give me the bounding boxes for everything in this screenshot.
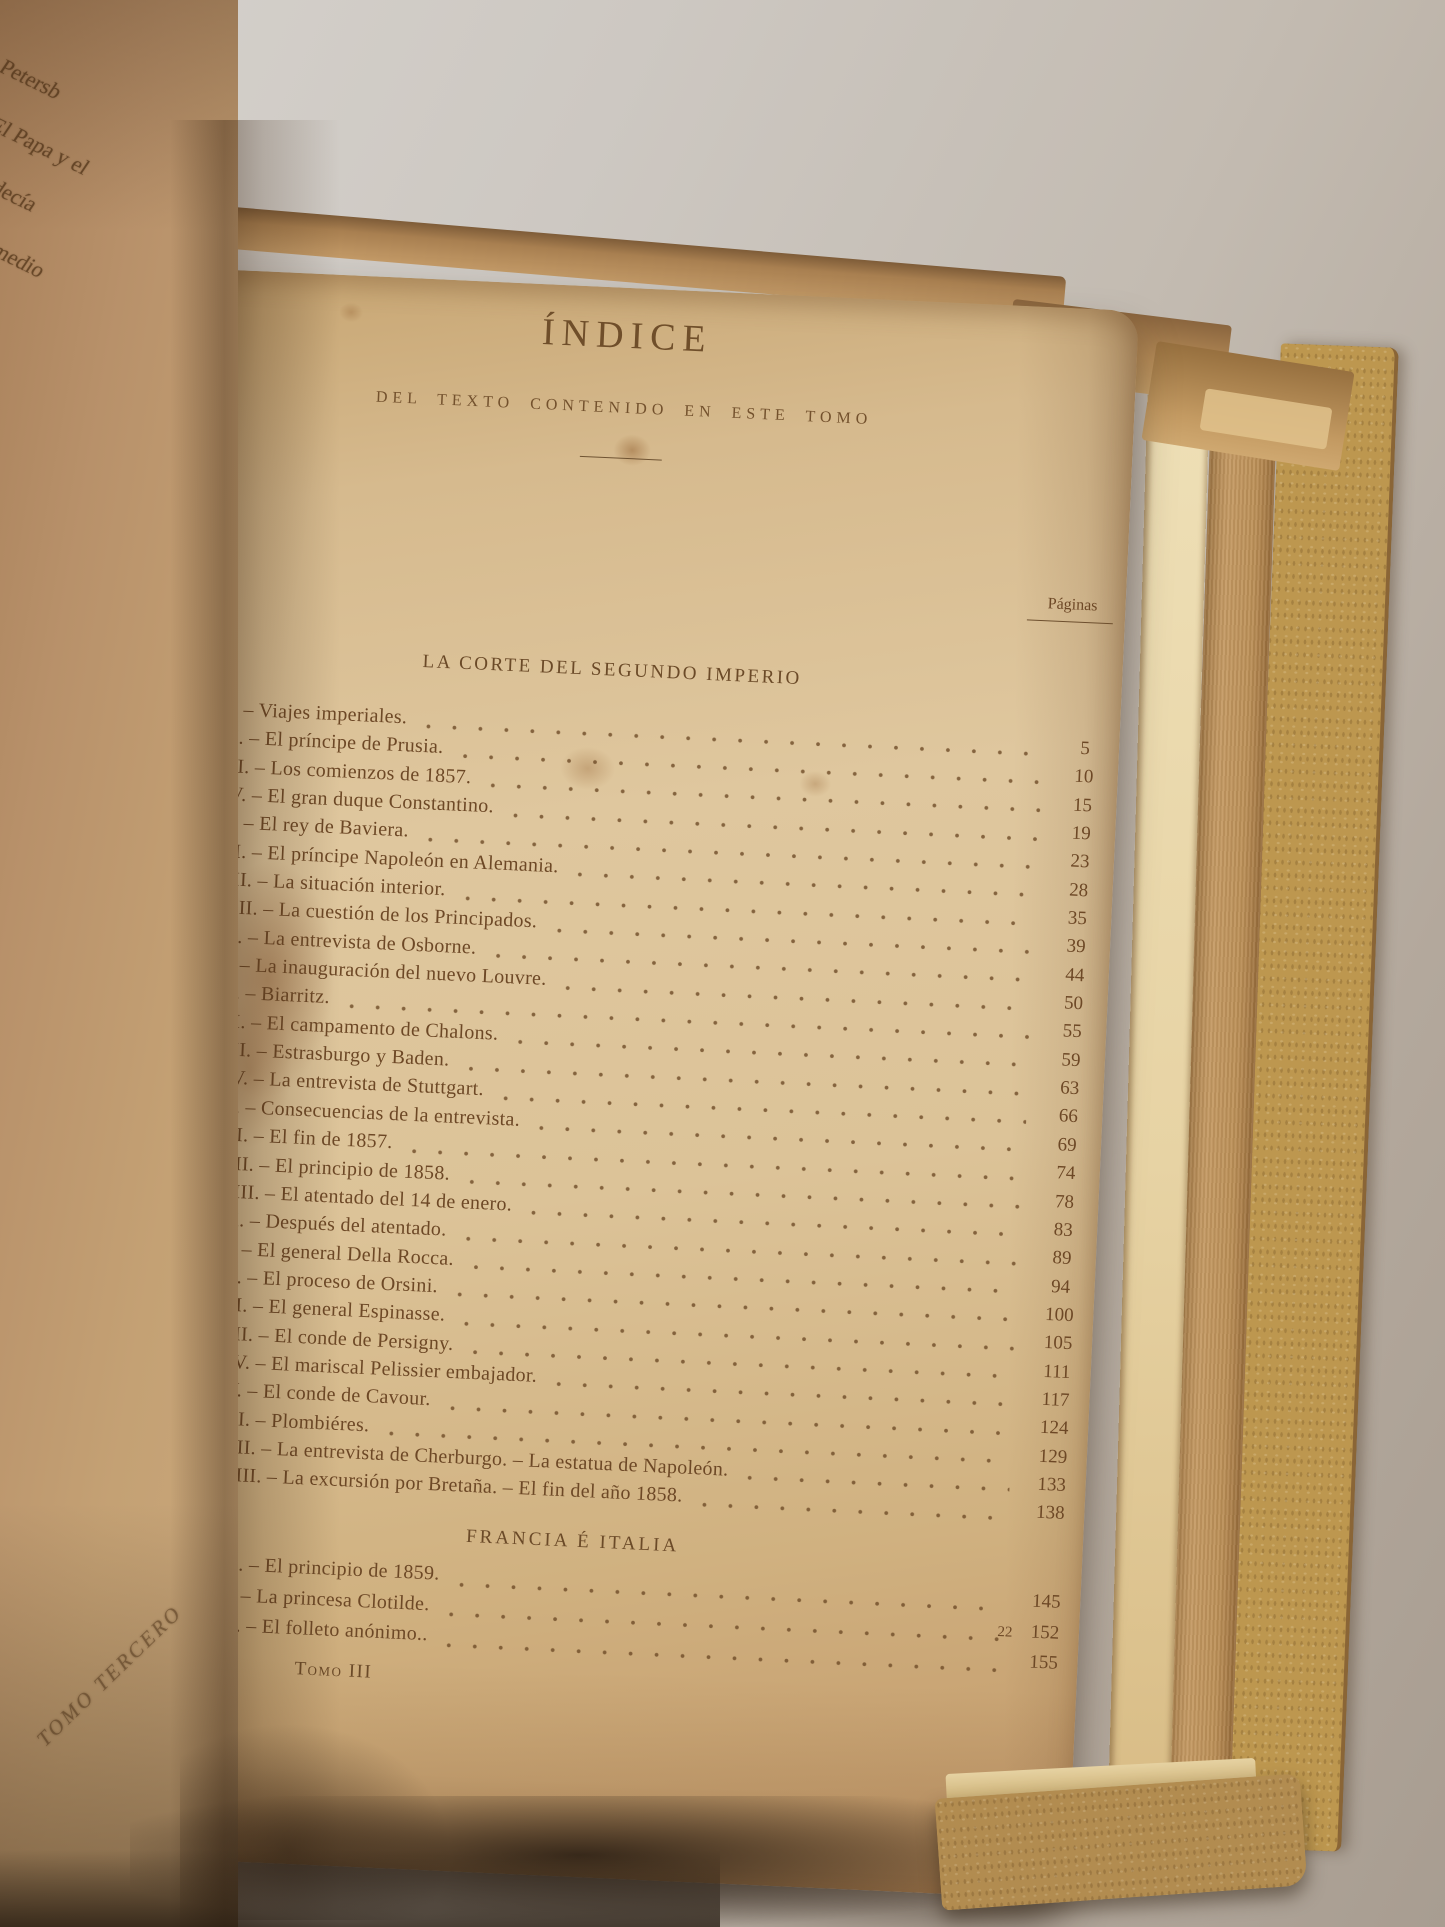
- left-page-text-line: do sin que lo supiera el conde Walew: [0, 288, 222, 624]
- dotted-leader: [696, 1496, 1009, 1524]
- left-page-text-line: posición. El emperador gobernaba co: [0, 335, 190, 671]
- toc-entry-page: 133: [1019, 1473, 1084, 1498]
- toc-entry-label: I. – Viajes imperiales.: [225, 698, 407, 729]
- toc-entry-page: 69: [1035, 1133, 1100, 1158]
- left-page-text-line: ento de una política censurada por él: [0, 429, 127, 765]
- toc-entry-page: 15: [1050, 793, 1115, 818]
- toc-entry-page: 94: [1028, 1275, 1093, 1300]
- page-title: ÍNDICE: [187, 294, 1068, 378]
- left-page-text-line: te, inspiraréis recelos á todo el mundo: [0, 194, 238, 530]
- bottom-cover-corner: [935, 1773, 1308, 1910]
- left-page-text: dor de Prusia en San Petersb e Walewski.…: [0, 0, 238, 1796]
- left-page-text-line: mejores amigos.»: [0, 241, 238, 577]
- toc-entry-page: 145: [1014, 1590, 1079, 1615]
- toc-entry-page: 5: [1053, 737, 1118, 762]
- toc-entry-page: 129: [1020, 1445, 1085, 1470]
- toc-entry-page: 44: [1042, 963, 1107, 988]
- toc-entry-page: 59: [1038, 1048, 1103, 1073]
- toc-entry-page: 39: [1044, 935, 1109, 960]
- toc-entry-page: 35: [1045, 907, 1110, 932]
- section-heading: LA CORTE DEL SEGUNDO IMPERIO: [172, 640, 1052, 702]
- toc-entry-page: 111: [1024, 1360, 1089, 1385]
- toc-entry-page: 23: [1047, 850, 1112, 875]
- toc-entry-page: 63: [1037, 1076, 1102, 1101]
- toc-entry-page: 117: [1023, 1388, 1088, 1413]
- left-page-text-line: Os digo esto como amigo. Europa re: [0, 148, 238, 484]
- left-page-text-line: entar su dimisión.: [0, 476, 95, 812]
- toc-entry-page: 100: [1027, 1303, 1092, 1328]
- toc-entry-page: 74: [1033, 1161, 1098, 1186]
- left-page: dor de Prusia en San Petersb e Walewski.…: [0, 0, 238, 1927]
- toc-entry-page: 83: [1031, 1218, 1096, 1243]
- toc-entry-page: 19: [1049, 822, 1114, 847]
- printer-signature-mark: 22: [975, 1623, 1036, 1643]
- toc-entry-page: 28: [1046, 878, 1111, 903]
- toc-entry-page: 105: [1026, 1331, 1091, 1356]
- toc-entry-page: 138: [1018, 1501, 1083, 1526]
- left-page-text-line: desautorizarlo formalmente por medio: [0, 101, 238, 437]
- pages-column-header: Páginas: [995, 593, 1146, 626]
- left-page-text-line: e Negocios extranjeros no era más que: [0, 382, 159, 718]
- left-page-tome-footer: TOMO TERCERO: [32, 1553, 236, 1752]
- toc-entry-page: 10: [1051, 765, 1116, 790]
- toc-entry-page: 66: [1036, 1105, 1101, 1130]
- toc-entry-page: 50: [1041, 991, 1106, 1016]
- left-page-text-line: taliana que nadie quería, y desesperada: [0, 569, 32, 905]
- left-page-text-line: e Walewski. «El folleto El Papa y el: [0, 7, 238, 343]
- tome-footer: Tomo III: [294, 1658, 373, 1684]
- divider-rule: [580, 456, 662, 461]
- index-page: ÍNDICE DEL TEXTO CONTENIDO EN ESTE TOMO …: [118, 268, 1139, 1899]
- table-of-contents: I. – Viajes imperiales.5 II. – El prínci…: [191, 698, 1118, 1531]
- book-photo-scene: ÍNDICE DEL TEXTO CONTENIDO EN ESTE TOMO …: [0, 0, 1445, 1927]
- toc-entry-page: 124: [1022, 1416, 1087, 1441]
- toc-entry-page: 78: [1032, 1190, 1097, 1215]
- toc-entry-page: 55: [1040, 1020, 1105, 1045]
- left-page-text-line: El príncipe Gortchakoff me decía: [0, 54, 238, 390]
- toc-entry-page: 89: [1029, 1246, 1094, 1271]
- left-page-text-line: gas tergiversaciones, había tomado su: [0, 523, 64, 859]
- left-page-text-line: dor de Prusia en San Petersb: [0, 0, 238, 296]
- toc-entry-page: 155: [1011, 1651, 1076, 1676]
- page-subtitle: DEL TEXTO CONTENIDO EN ESTE TOMO: [184, 380, 1064, 438]
